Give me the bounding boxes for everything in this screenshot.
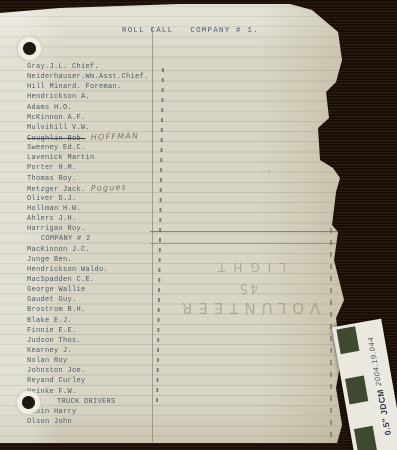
roster-name: Gray.J.L. Chief.: [27, 62, 99, 72]
roster-row: McKinnon A.F.: [27, 113, 177, 123]
roster-row: Kearney J.: [27, 346, 177, 356]
roster-name: Kearney J.: [27, 346, 72, 356]
roster-name: Mulvihill V.W.: [27, 123, 90, 133]
roster-row: Junge Ben.: [27, 255, 177, 265]
pencil-horizontal-line: [150, 231, 343, 232]
roster-name: Thomas Roy.: [27, 174, 77, 184]
roster-row: Hendrickson A.: [27, 92, 177, 102]
calibration-scale-bar: 0.5" JDCM 2004.19.044: [332, 319, 397, 450]
roster-name: Adams H.O.: [27, 103, 72, 113]
roster-row: MacKinnon J.C.: [27, 245, 177, 255]
roster-name: Reyand Curley: [27, 376, 86, 386]
roster-row: Gaudet Guy.: [27, 295, 177, 305]
roster-row: Reyand Curley: [27, 376, 177, 386]
photo-of-document: { "document": { "title": "ROLL CALL COMP…: [0, 0, 397, 450]
scale-bar-handwritten-label: 2004.19.044: [367, 336, 384, 387]
roster-name: MacSpadden C.E.: [27, 275, 95, 285]
roster-name: Judson Thos.: [27, 336, 81, 346]
roster-row: Nolan Roy: [27, 356, 177, 366]
roster-name: Sabin Harry: [27, 407, 77, 417]
roster-row: Finnie E.E.: [27, 326, 177, 336]
roster-name: Junge Ben.: [27, 255, 72, 265]
document-paper: ROLL CALL COMPANY # 1. Gray.J.L. Chief.N…: [0, 0, 346, 450]
roster-section-header: TRUCK DRIVERS: [57, 397, 116, 407]
roster-row: Hill Minard. Foreman.: [27, 82, 177, 92]
punch-hole-top: [23, 42, 36, 55]
roster-row: Metzger Jack.Pogues: [27, 184, 177, 194]
roster-row: Porter H.M.: [27, 163, 177, 173]
roster-name: Ahlers J.H.: [27, 214, 77, 224]
roster-name: MacKinnon J.C.: [27, 245, 90, 255]
roster-name: Brostrom B.H.: [27, 305, 86, 315]
roster-row: Sabin Harry: [27, 407, 177, 417]
roster-row: Sweeney Ed.C.: [27, 143, 177, 153]
roster-name: Nolan Roy: [27, 356, 68, 366]
roster-row: Hollman H.W.: [27, 204, 177, 214]
roster-row: COMPANY # 2: [27, 234, 177, 244]
roster-row: Adams H.O.: [27, 103, 177, 113]
roster-row: Thomas Roy.: [27, 174, 177, 184]
roster-name: Finnie E.E.: [27, 326, 77, 336]
roster-name: Heinke F.W.: [27, 387, 77, 397]
roster-name: Sweeney Ed.C.: [27, 143, 86, 153]
roster-row: Oliver D.J.: [27, 194, 177, 204]
handwritten-annotation: Pogues: [90, 182, 127, 193]
roster-row: TRUCK DRIVERS: [27, 397, 177, 407]
roster-name: Hill Minard. Foreman.: [27, 82, 122, 92]
roster-row: Neiderhauser.Wm.Asst.Chief.: [27, 72, 177, 82]
roster-name: Olson John: [27, 417, 72, 427]
roster-row: Blake E.J.: [27, 316, 177, 326]
roster-row: Mulvihill V.W.: [27, 123, 177, 133]
roster-row: Lavenick Martin: [27, 153, 177, 163]
roster-name: Gaudet Guy.: [27, 295, 77, 305]
roster-list: Gray.J.L. Chief.Neiderhauser.Wm.Asst.Chi…: [27, 62, 177, 427]
ghost-bleedthrough-writing: VOLUNTEER 45 LIGHT: [158, 235, 338, 317]
ghost-text: 45: [158, 280, 338, 295]
roster-name: Porter H.M.: [27, 163, 77, 173]
roster-name: Hollman H.W.: [27, 204, 81, 214]
scale-bar-printed-label: 0.5" JDCM: [375, 388, 393, 436]
roster-name: George Wallie: [27, 285, 86, 295]
roster-row: Johnston Joe.: [27, 366, 177, 376]
roster-row: Gray.J.L. Chief.: [27, 62, 177, 72]
ghost-text: VOLUNTEER: [158, 299, 338, 317]
roster-name: Blake E.J.: [27, 316, 72, 326]
roster-row: Harrigan Roy.: [27, 224, 177, 234]
roster-name: Hendrickson A.: [27, 92, 90, 102]
roster-name: Oliver D.J.: [27, 194, 77, 204]
roster-row: Olson John: [27, 417, 177, 427]
roster-row: Hendrickson Waldo.: [27, 265, 177, 275]
roster-name: Harrigan Roy.: [27, 224, 86, 234]
stray-pencil-mark: ': [267, 169, 277, 177]
roster-name: Neiderhauser.Wm.Asst.Chief.: [27, 72, 149, 82]
roster-name: McKinnon A.F.: [27, 113, 86, 123]
roster-row: George Wallie: [27, 285, 177, 295]
roster-section-header: COMPANY # 2: [41, 234, 91, 244]
roster-name: Lavenick Martin: [27, 153, 95, 163]
page-title: ROLL CALL COMPANY # 1.: [122, 27, 259, 35]
roster-row: Judson Thos.: [27, 336, 177, 346]
handwritten-annotation: HOFFMAN: [90, 131, 139, 143]
roster-name: Hendrickson Waldo.: [27, 265, 108, 275]
punch-hole-bottom: [22, 396, 35, 409]
roster-row: Heinke F.W.: [27, 387, 177, 397]
ghost-text: LIGHT: [158, 260, 338, 274]
roster-row: Brostrom B.H.: [27, 305, 177, 315]
roster-row: Coughlin Bob.HOFFMAN: [27, 133, 177, 143]
roster-row: Ahlers J.H.: [27, 214, 177, 224]
roster-row: MacSpadden C.E.: [27, 275, 177, 285]
roster-name: Johnston Joe.: [27, 366, 86, 376]
